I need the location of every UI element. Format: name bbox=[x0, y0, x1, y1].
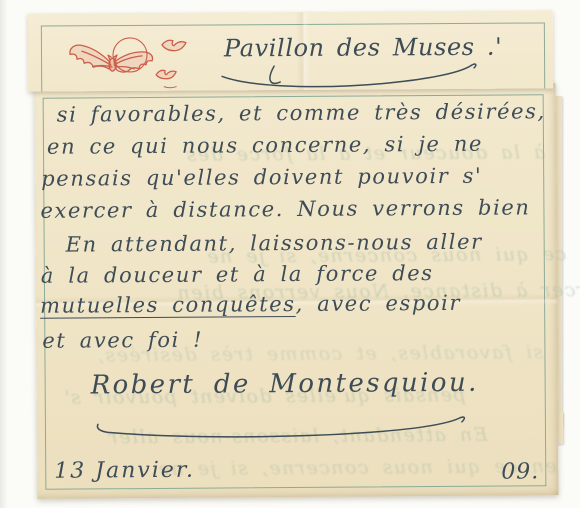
letter-line-5: En attendant, laissons-nous aller bbox=[66, 230, 483, 257]
letter-line-8: et avec foi ! bbox=[42, 328, 203, 353]
letter-year: 09. bbox=[501, 459, 539, 484]
letter-line-3: pensais qu'elles doivent pouvoir s' bbox=[41, 164, 482, 191]
letter-line-7-rest: , avec espoir bbox=[296, 291, 462, 316]
letterhead-sheet: Pavillon des Muses .' bbox=[28, 10, 553, 91]
letter-line-4: exercer à distance. Nous verrons bien bbox=[40, 195, 530, 222]
bat-moon-emblem-icon bbox=[66, 29, 206, 92]
letter-line-2: en ce qui nous concerne, si je ne bbox=[47, 132, 483, 159]
letter-page: à la douceur et à la force des en ce qui… bbox=[35, 83, 559, 499]
title-underline-flourish bbox=[214, 63, 480, 92]
scanned-letter: Pavillon des Muses .' à la douceur et à … bbox=[0, 0, 580, 508]
letter-line-6: à la douceur et à la force des bbox=[41, 261, 434, 288]
letter-date: 13 Janvier. bbox=[54, 458, 195, 484]
signature-flourish bbox=[94, 414, 472, 443]
letter-line-1: si favorables, et comme très désirées, bbox=[57, 99, 546, 126]
underlined-phrase: mutuelles conquêtes bbox=[40, 292, 296, 318]
letter-line-7: mutuelles conquêtes, avec espoir bbox=[40, 291, 461, 318]
letterhead-title: Pavillon des Muses .' bbox=[224, 33, 503, 63]
signature: Robert de Montesquiou. bbox=[91, 368, 479, 401]
